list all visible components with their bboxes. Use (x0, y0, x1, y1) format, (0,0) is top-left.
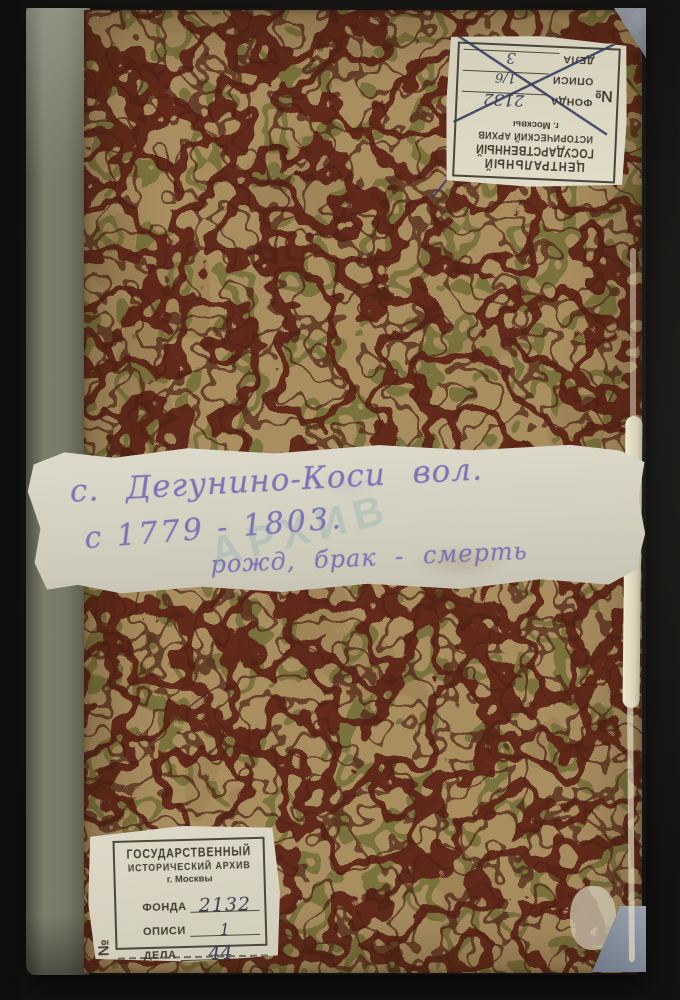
archive-stamp-label-top: ЦЕНТРАЛЬНЫЙ ГОСУДАРСТВЕННЫЙ ИСТОРИЧЕСКИЙ… (443, 32, 630, 191)
stamp-number-rows: № ФОНДА 2132 ОПИСИ 1 ДЕЛА 44 (116, 887, 266, 963)
photo-background: ЦЕНТРАЛЬНЫЙ ГОСУДАРСТВЕННЫЙ ИСТОРИЧЕСКИЙ… (0, 0, 680, 1000)
handwritten-title-label: АРХИВ с. Дегунино-Коси вол. с 1779 - 180… (27, 441, 645, 595)
cross-out-mark (432, 22, 640, 202)
fond-number: 2132 (198, 893, 251, 916)
archival-book-cover: ЦЕНТРАЛЬНЫЙ ГОСУДАРСТВЕННЫЙ ИСТОРИЧЕСКИЙ… (26, 8, 646, 975)
page-edge-upper (630, 248, 636, 428)
stamp-border: ГОСУДАРСТВЕННЫЙ ИСТОРИЧЕСКИЙ АРХИВ г. Мо… (112, 837, 267, 950)
fond-row: ФОНДА 2132 (142, 887, 260, 914)
village-title: с. Дегунино-Коси вол. (69, 451, 484, 509)
archive-stamp-label-bottom: ГОСУДАРСТВЕННЫЙ ИСТОРИЧЕСКИЙ АРХИВ г. Мо… (86, 823, 282, 964)
opis-number: 1 (220, 920, 231, 939)
numero-sign: № (95, 939, 112, 956)
